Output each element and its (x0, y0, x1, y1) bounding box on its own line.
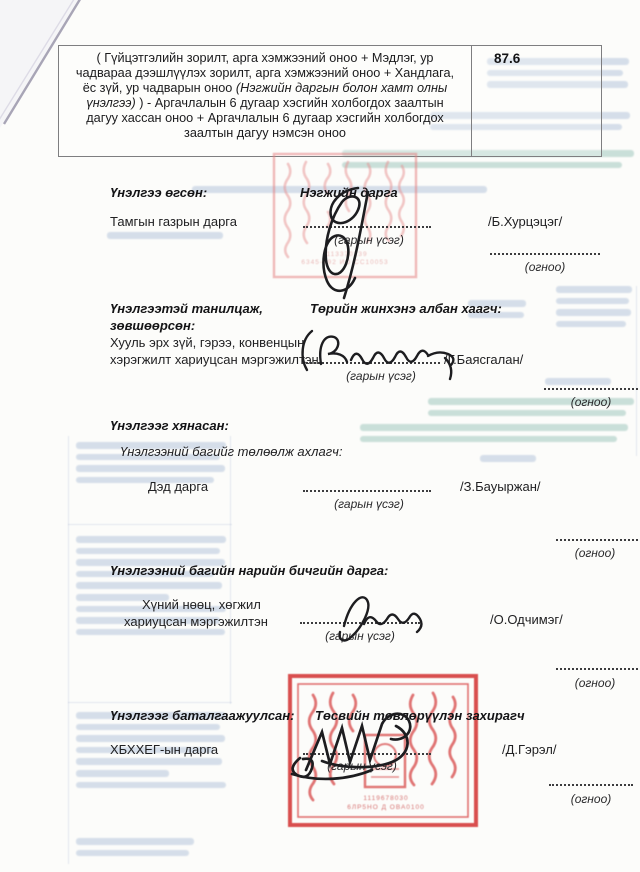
signature-bayasgalan (297, 324, 467, 382)
score-summary-table: ( Гүйцэтгэлийн зорилт, арга хэмжээний он… (58, 45, 602, 157)
bleed-text-line (107, 232, 223, 239)
bleed-text-line (545, 378, 611, 385)
date-dots-line (556, 668, 638, 670)
bleed-text-line (76, 582, 222, 589)
bleed-text-line (556, 298, 629, 305)
section-approved-name: /Д.Гэрэл/ (502, 742, 556, 757)
section-ack-position-1: Хууль эрх зүй, гэрээ, конвенцын (110, 335, 304, 350)
bleed-text-line (556, 286, 632, 293)
bleed-text-line (76, 629, 225, 636)
total-score-value: 87.6 (494, 51, 520, 66)
section-approved-position: ХБХХЕГ-ын дарга (110, 742, 218, 757)
signature-caption: (гарын үсэг) (305, 497, 433, 511)
score-formula-cell: ( Гүйцэтгэлийн зорилт, арга хэмжээний он… (59, 46, 471, 156)
date-caption: (огноо) (544, 395, 638, 409)
date-dots-line (490, 253, 600, 255)
section-secretary-position-2: хариуцсан мэргэжилтэн (124, 614, 268, 629)
section-ack-role: Төрийн жинхэнэ албан хаагч: (310, 301, 502, 316)
section-ack-position-2: хэрэгжилт хариуцсан мэргэжилтэн (110, 352, 319, 367)
bleed-text-line (76, 536, 226, 543)
scanned-document-page: ( Гүйцэтгэлийн зорилт, арга хэмжээний он… (0, 0, 640, 872)
bleed-text-line (360, 436, 617, 443)
bleed-table-rule (636, 286, 637, 456)
date-caption: (огноо) (552, 546, 638, 560)
signature-khurtsetseg (298, 182, 402, 302)
section-reviewed-name: /З.Бауыржан/ (460, 479, 540, 494)
formula-text-part2: ) - Аргачлалын 6 дугаар хэсгийн холбогдо… (86, 96, 444, 140)
bleed-table-rule (68, 702, 232, 703)
date-caption: (огноо) (552, 676, 638, 690)
signature-dots-line (303, 490, 431, 492)
bleed-text-line (76, 724, 220, 731)
section-secretary-label: Үнэлгээний багийн нарийн бичгийн дарга: (110, 563, 388, 578)
bleed-text-line (76, 465, 225, 472)
bleed-text-line (428, 410, 626, 417)
section-reviewed-position: Дэд дарга (148, 479, 208, 494)
bleed-text-line (556, 309, 631, 316)
section-approved-label: Үнэлгээг баталгаажуулсан: (110, 708, 294, 723)
agency-stamp-serial-2: 6ЛР5НО Д ОВА0100 (322, 804, 450, 811)
bleed-text-line (76, 758, 222, 765)
bleed-text-line (76, 548, 220, 555)
agency-stamp-serial-1: 1119678030 (336, 795, 436, 802)
date-caption: (огноо) (546, 792, 636, 806)
section-given-position: Тамгын газрын дарга (110, 214, 237, 229)
section-given-name: /Б.Хурцэцэг/ (488, 214, 562, 229)
total-score-cell: 87.6 (471, 46, 601, 156)
bleed-text-line (76, 782, 226, 789)
date-caption: (огноо) (490, 260, 600, 274)
section-ack-label-2: зөвшөөрсөн: (110, 318, 195, 333)
signature-gerel (284, 700, 440, 788)
section-secretary-name: /О.Одчимэг/ (490, 612, 563, 627)
bleed-text-line (360, 424, 628, 431)
signature-odchimeg (328, 588, 428, 644)
date-dots-line (556, 539, 638, 541)
bleed-text-line (76, 850, 189, 857)
section-ack-label-1: Үнэлгээтэй танилцаж, (110, 301, 263, 316)
bleed-text-line (76, 735, 225, 742)
date-dots-line (544, 388, 638, 390)
bleed-text-line (76, 770, 169, 777)
bleed-text-line (76, 838, 194, 845)
section-secretary-position-1: Хүний нөөц, хөгжил (142, 597, 261, 612)
date-dots-line (549, 784, 633, 786)
bleed-table-rule (68, 436, 69, 864)
section-given-label: Үнэлгээ өгсөн: (110, 185, 207, 200)
bleed-text-line (480, 455, 536, 462)
bleed-text-line (556, 321, 626, 328)
section-reviewed-label: Үнэлгээг хянасан: (110, 418, 229, 433)
section-reviewed-sublabel: Үнэлгээний багийг төлөөлж ахлагч: (120, 444, 342, 459)
bleed-table-rule (68, 524, 232, 525)
